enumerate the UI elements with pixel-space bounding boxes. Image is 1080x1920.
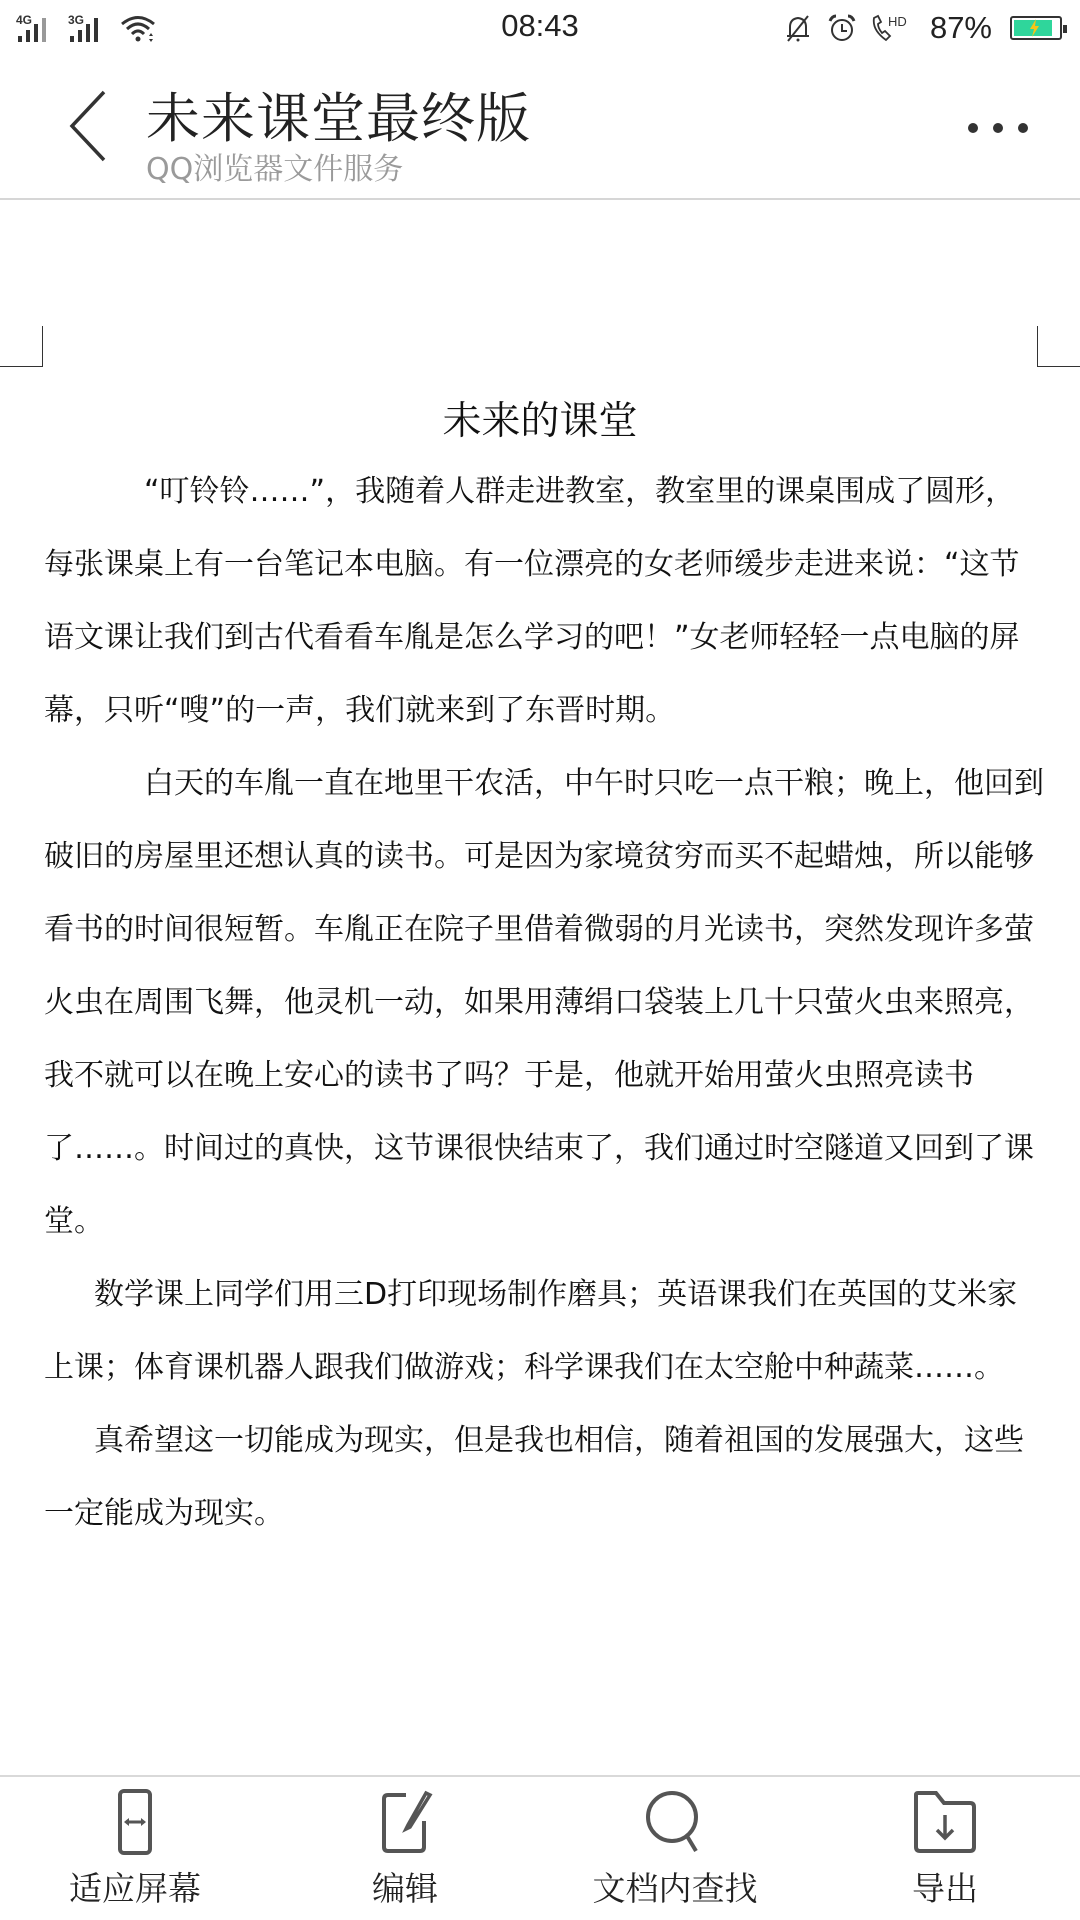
- edit-icon: [370, 1787, 440, 1857]
- mute-bell-icon: [782, 12, 814, 44]
- export-folder-icon: [910, 1787, 980, 1857]
- hd-call-icon: HD: [870, 12, 914, 44]
- document-body: “叮铃铃……”，我随着人群走进教室，教室里的课桌围成了圆形，每张课桌上有一台笔记…: [44, 455, 1044, 1550]
- paragraph-1: “叮铃铃……”，我随着人群走进教室，教室里的课桌围成了圆形，每张课桌上有一台笔记…: [44, 455, 1044, 747]
- battery-charging-icon: [1010, 16, 1062, 40]
- paragraph-4: 真希望这一切能成为现实，但是我也相信，随着祖国的发展强大，这些一定能成为现实。: [44, 1404, 1044, 1550]
- edit-label: 编辑: [285, 1863, 525, 1910]
- find-in-document-label: 文档内查找: [555, 1863, 795, 1910]
- page-margin-mark-right: [1037, 326, 1080, 367]
- status-bar: 4G 3G 08:43: [0, 0, 1080, 56]
- find-in-document-button[interactable]: 文档内查找: [555, 1787, 795, 1917]
- status-right-icons: HD 87%: [782, 8, 1062, 48]
- edit-button[interactable]: 编辑: [285, 1787, 525, 1917]
- page-margin-mark-left: [0, 326, 43, 367]
- app-header: 未来课堂最终版 QQ浏览器文件服务: [0, 56, 1080, 200]
- back-chevron-icon[interactable]: [60, 84, 120, 164]
- export-button[interactable]: 导出: [825, 1787, 1065, 1917]
- page-subtitle: QQ浏览器文件服务: [146, 144, 403, 188]
- paragraph-2: 白天的车胤一直在地里干农活，中午时只吃一点干粮；晚上，他回到破旧的房屋里还想认真…: [44, 747, 1044, 1258]
- bottom-toolbar: 适应屏幕 编辑 文档内查找 导出: [0, 1775, 1080, 1920]
- more-dots-icon[interactable]: [968, 116, 1028, 140]
- search-icon: [640, 1787, 710, 1857]
- fit-screen-icon: [100, 1787, 170, 1857]
- paragraph-3: 数学课上同学们用三D打印现场制作磨具；英语课我们在英国的艾米家上课；体育课机器人…: [44, 1258, 1044, 1404]
- alarm-icon: [826, 12, 858, 44]
- fit-screen-button[interactable]: 适应屏幕: [15, 1787, 255, 1917]
- document-title: 未来的课堂: [0, 390, 1080, 446]
- battery-percent: 87%: [930, 10, 992, 46]
- svg-text:HD: HD: [888, 14, 907, 29]
- export-label: 导出: [825, 1863, 1065, 1910]
- page-title: 未来课堂最终版: [146, 76, 531, 153]
- document-viewer[interactable]: 未来的课堂 “叮铃铃……”，我随着人群走进教室，教室里的课桌围成了圆形，每张课桌…: [0, 200, 1080, 1775]
- fit-screen-label: 适应屏幕: [15, 1863, 255, 1910]
